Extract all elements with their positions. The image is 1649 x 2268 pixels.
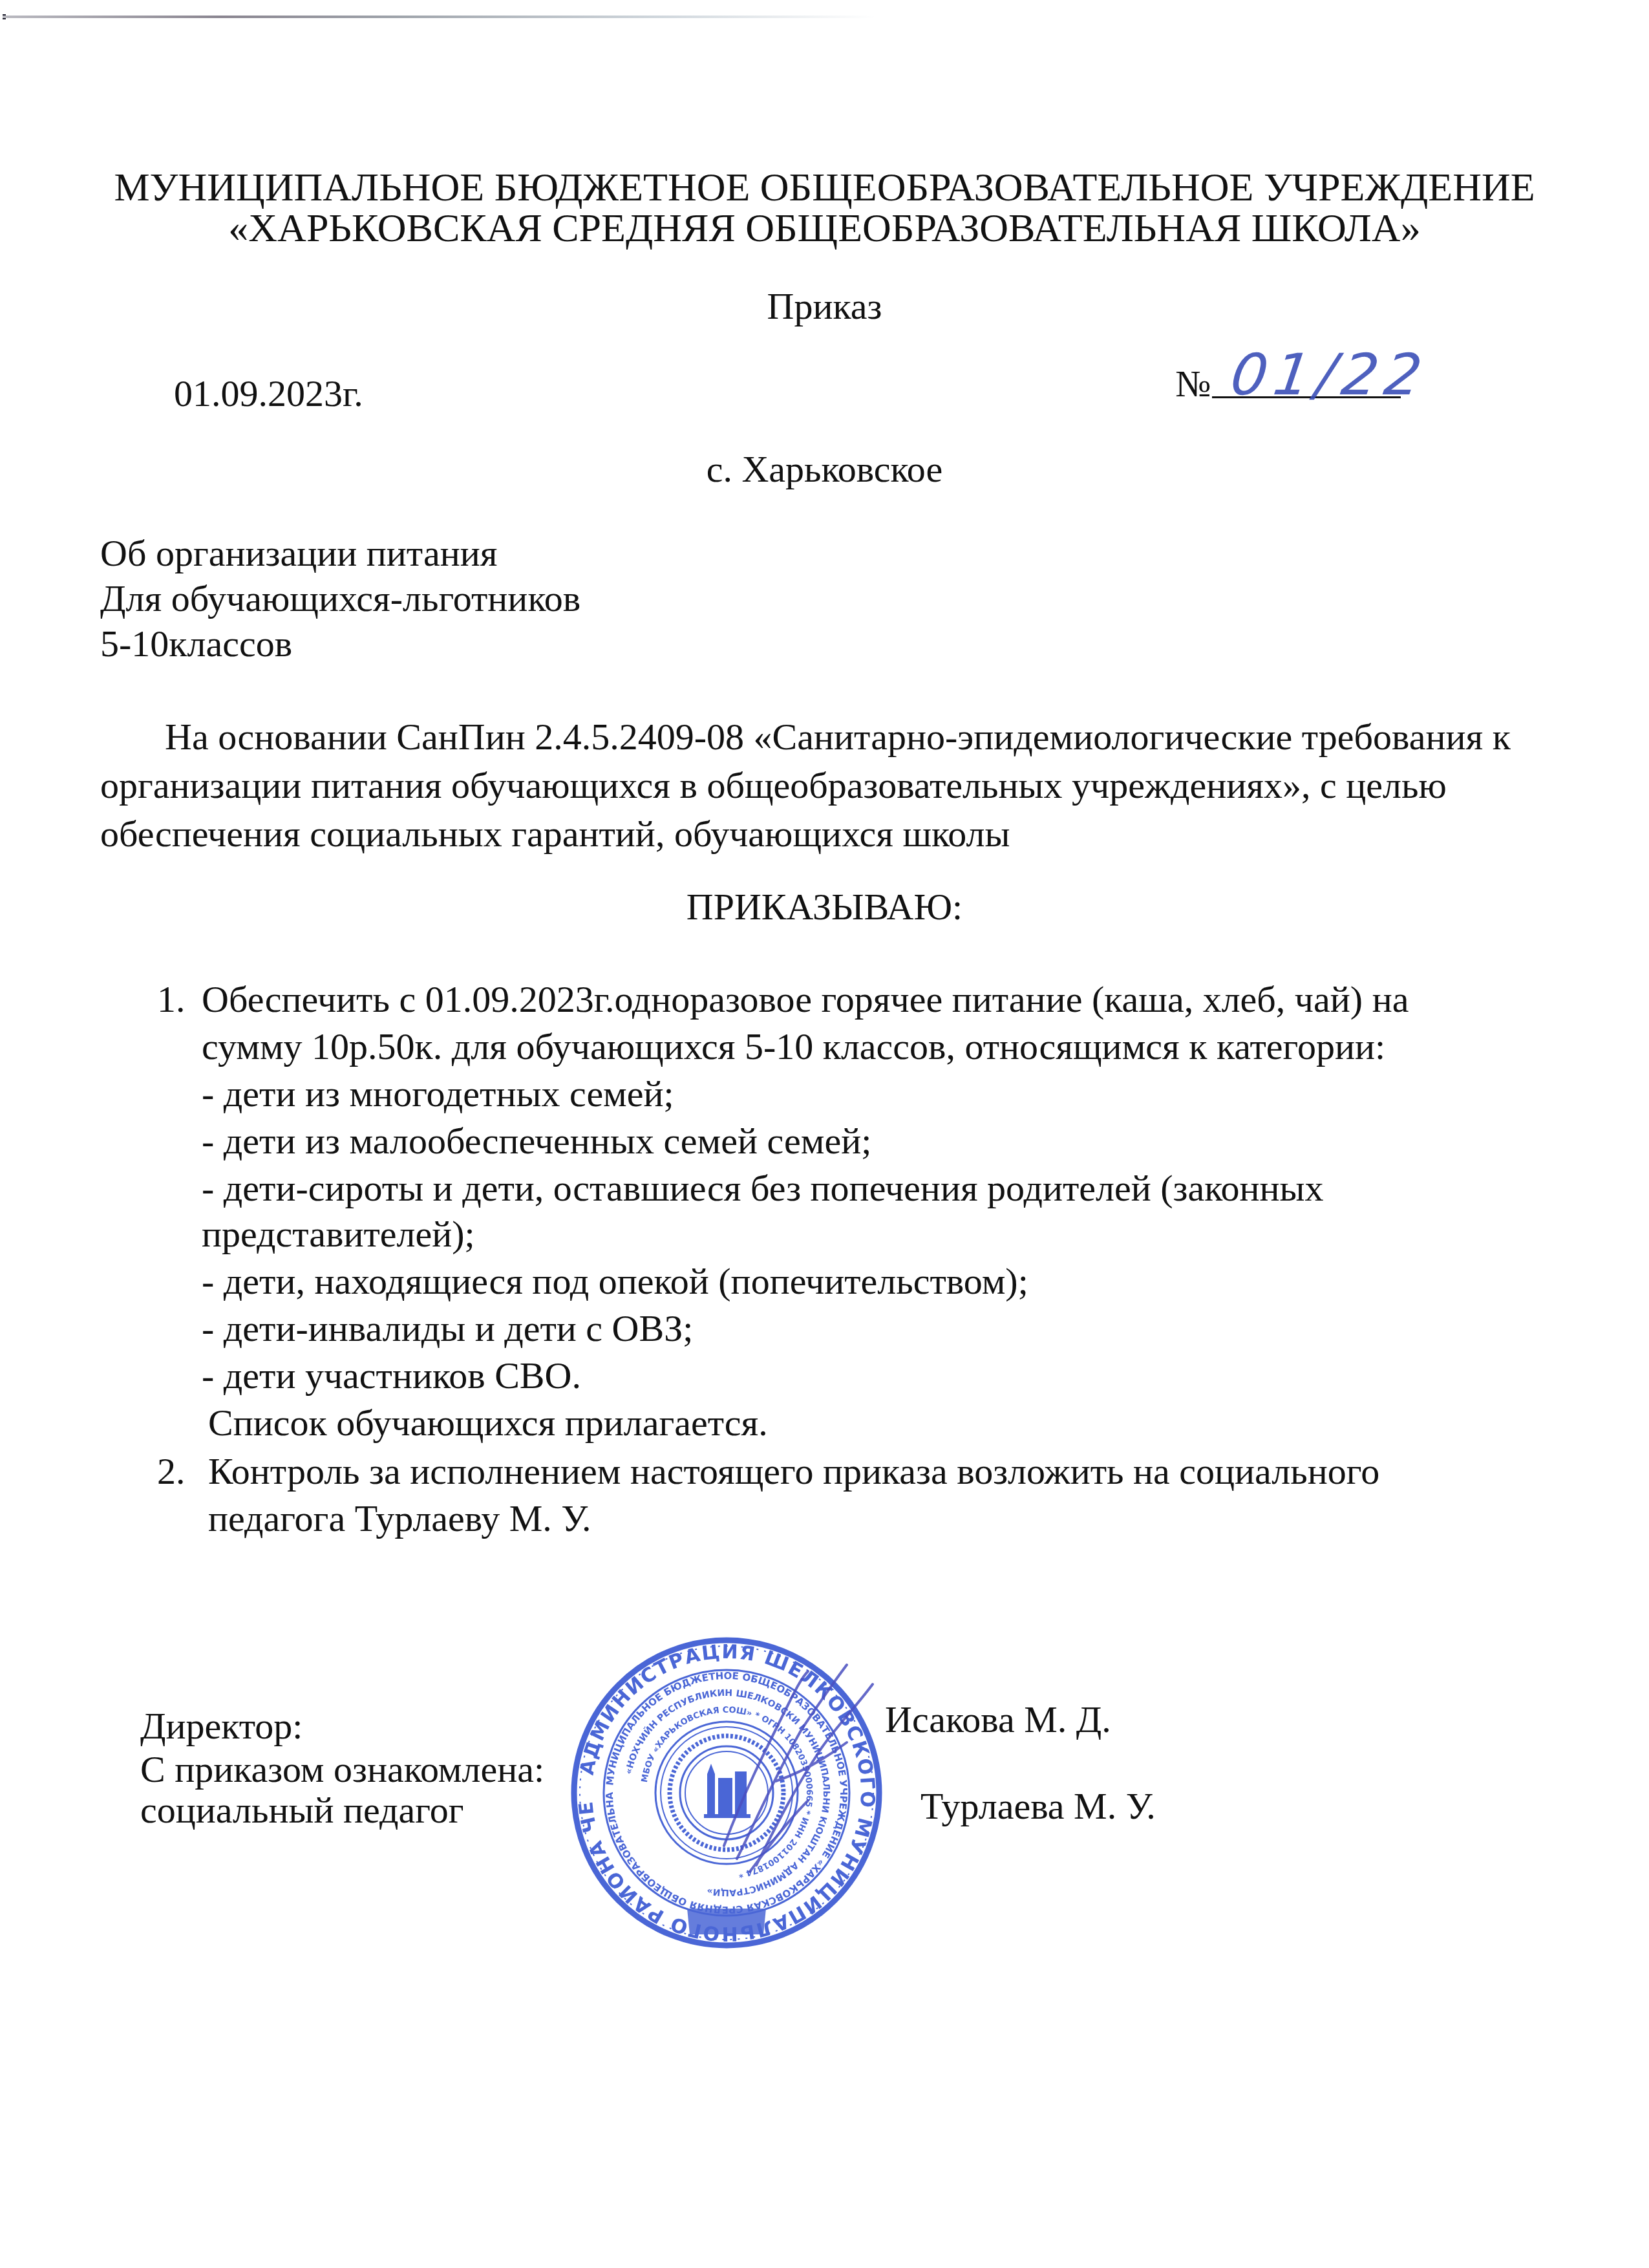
org-name-line-2: «ХАРЬКОВСКАЯ СРЕДНЯЯ ОБЩЕОБРАЗОВАТЕЛЬНАЯ… (0, 208, 1649, 248)
order-number-handwritten: 01/22 (1227, 341, 1432, 408)
item-line: Обеспечить с 01.09.2023г.одноразовое гор… (202, 981, 1409, 1018)
item-marker: 1. (157, 981, 186, 1018)
attachment-note: Список обучающихся прилагается. (208, 1404, 768, 1442)
item-marker: 2. (157, 1453, 186, 1490)
order-word: ПРИКАЗЫВАЮ: (0, 888, 1649, 926)
category-item: - дети участников СВО. (202, 1357, 581, 1395)
preamble-line: На основании СанПин 2.4.5.2409-08 «Санит… (165, 718, 1511, 756)
scan-artifact-line (3, 16, 875, 18)
category-item: - дети, находящиеся под опекой (попечите… (202, 1263, 1028, 1300)
director-name: Исакова М. Д. (885, 1701, 1111, 1738)
item-line: сумму 10р.50к. для обучающихся 5-10 клас… (202, 1028, 1385, 1065)
preamble-line: организации питания обучающихся в общеоб… (100, 767, 1447, 804)
category-item: - дети из многодетных семей; (202, 1075, 674, 1113)
acknowledgement-label: С приказом ознакомлена: (140, 1751, 544, 1788)
subject-line: Об организации питания (100, 535, 497, 572)
subject-line: Для обучающихся-льготников (100, 580, 580, 617)
director-label: Директор: (140, 1707, 303, 1745)
document-type: Приказ (0, 288, 1649, 325)
director-signature-icon (718, 1652, 886, 1898)
item-line: педагога Турлаеву М. У. (208, 1500, 591, 1537)
order-date: 01.09.2023г. (174, 375, 363, 412)
org-name-line-1: МУНИЦИПАЛЬНОЕ БЮДЖЕТНОЕ ОБЩЕОБРАЗОВАТЕЛЬ… (0, 167, 1649, 208)
subject-line: 5-10классов (100, 625, 292, 663)
place: с. Харьковское (0, 451, 1649, 488)
preamble-line: обеспечения социальных гарантий, обучающ… (100, 815, 1010, 853)
category-item: - дети-сироты и дети, оставшиеся без поп… (202, 1170, 1324, 1207)
acknowledgement-role: социальный педагог (140, 1792, 463, 1829)
category-item: - дети-инвалиды и дети с ОВЗ; (202, 1310, 693, 1347)
category-item-cont: представителей); (202, 1215, 475, 1253)
category-item: - дети из малообеспеченных семей семей; (202, 1122, 871, 1160)
item-line: Контроль за исполнением настоящего прика… (208, 1453, 1379, 1490)
order-number-label: № (1175, 365, 1211, 403)
acknowledgement-name: Турлаева М. У. (920, 1788, 1156, 1825)
